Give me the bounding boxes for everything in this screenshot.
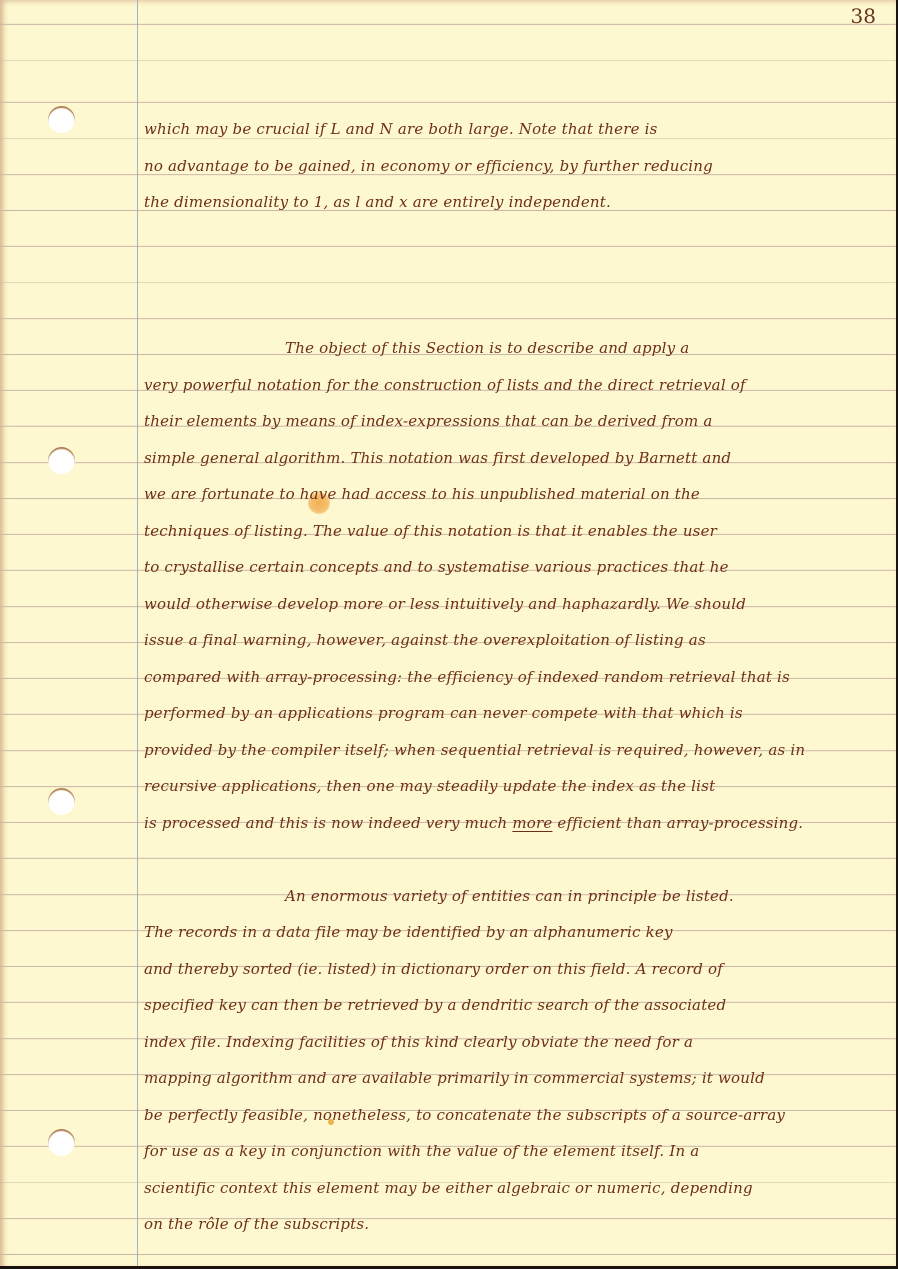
underlined-word: more bbox=[512, 814, 552, 832]
text-line: which may be crucial if L and N are both… bbox=[144, 120, 658, 138]
text-line: The object of this Section is to describ… bbox=[285, 339, 689, 357]
text-line: no advantage to be gained, in economy or… bbox=[144, 157, 713, 175]
text-line: scientific context this element may be e… bbox=[144, 1179, 753, 1197]
text-line: recursive applications, then one may ste… bbox=[144, 777, 715, 795]
text-line: compared with array-processing: the effi… bbox=[144, 668, 790, 686]
text-line: on the rôle of the subscripts. bbox=[144, 1215, 369, 1233]
punch-hole bbox=[48, 106, 75, 133]
text-line: for use as a key in conjunction with the… bbox=[144, 1142, 699, 1160]
text-line: we are fortunate to have had access to h… bbox=[144, 485, 700, 503]
text-line: An enormous variety of entities can in p… bbox=[285, 887, 734, 905]
text-line: very powerful notation for the construct… bbox=[144, 376, 746, 394]
text-line: simple general algorithm. This notation … bbox=[144, 449, 731, 467]
punch-hole bbox=[48, 1129, 75, 1156]
text-line: index file. Indexing facilities of this … bbox=[144, 1033, 693, 1051]
text-line: provided by the compiler itself; when se… bbox=[144, 741, 805, 759]
text-line: would otherwise develop more or less int… bbox=[144, 595, 746, 613]
notebook-page: 38 which may be crucial if L and N are b… bbox=[0, 0, 896, 1266]
text-line: to crystallise certain concepts and to s… bbox=[144, 558, 729, 576]
text-line: specified key can then be retrieved by a… bbox=[144, 996, 726, 1014]
text-line: techniques of listing. The value of this… bbox=[144, 522, 717, 540]
text-line: The records in a data file may be identi… bbox=[144, 923, 673, 941]
page-number: 38 bbox=[851, 4, 876, 28]
text-line: issue a final warning, however, against … bbox=[144, 631, 706, 649]
text-line: the dimensionality to 1, as l and x are … bbox=[144, 193, 611, 211]
margin-line bbox=[137, 0, 138, 1266]
text-line: be perfectly feasible, nonetheless, to c… bbox=[144, 1106, 785, 1124]
text-line: mapping algorithm and are available prim… bbox=[144, 1069, 765, 1087]
text-line: performed by an applications program can… bbox=[144, 704, 743, 722]
text-line: their elements by means of index-express… bbox=[144, 412, 713, 430]
punch-hole bbox=[48, 788, 75, 815]
text-line: is processed and this is now indeed very… bbox=[144, 814, 803, 832]
punch-hole bbox=[48, 447, 75, 474]
text-line: and thereby sorted (ie. listed) in dicti… bbox=[144, 960, 723, 978]
